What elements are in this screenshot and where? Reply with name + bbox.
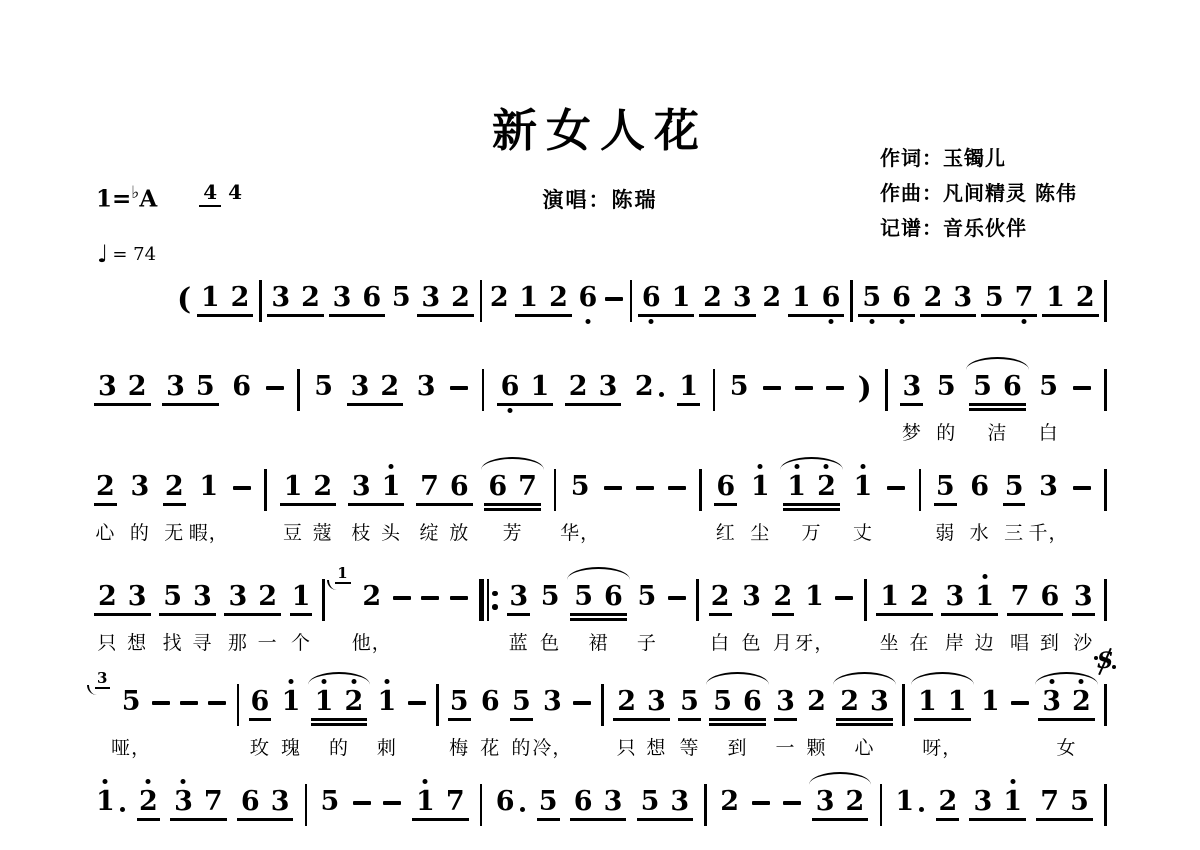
note: 3 xyxy=(350,372,371,406)
note-digit: 3 xyxy=(669,787,690,817)
barline xyxy=(297,369,300,411)
note: 6 xyxy=(641,283,662,317)
tempo-marking: ♩= 74 xyxy=(97,239,156,268)
note-digit: 1 xyxy=(791,283,812,313)
key-letter: A xyxy=(139,186,157,213)
note: 2 xyxy=(450,283,471,317)
barline xyxy=(699,469,702,511)
key-prefix: 1= xyxy=(96,186,131,213)
note: 2他， xyxy=(361,582,382,616)
barline xyxy=(264,469,267,511)
duration-dash xyxy=(604,486,622,490)
lyric: 梦 xyxy=(902,418,922,445)
lyric: 无 xyxy=(164,518,184,545)
note: 6 xyxy=(603,582,624,616)
barline xyxy=(480,280,483,322)
note: 3蓝 xyxy=(508,582,529,616)
barline xyxy=(902,684,905,726)
score-line: 35哑，6玫1瑰12的1刺5梅6花5的3冷，2只3想5等56到3一2颗23心11… xyxy=(95,687,1107,726)
lyric: 玫 xyxy=(250,733,270,760)
score-line: 2只3想5找3寻3那2一1个12他，3蓝5色56裙5子2白3色2月1牙，1坐2在… xyxy=(95,582,1107,621)
octave-dot-icon xyxy=(508,408,513,413)
note-digit: 5 xyxy=(729,372,750,402)
note: 3色 xyxy=(741,582,762,616)
note: 6 xyxy=(500,372,521,406)
note: 6红 xyxy=(715,472,736,506)
repeat-thick-bar xyxy=(479,579,485,621)
note: 3 xyxy=(1041,687,1062,721)
note-digit: 5 xyxy=(1069,787,1090,817)
augmentation-dot-icon xyxy=(520,807,525,812)
lyric: 冷， xyxy=(532,733,572,760)
beam-group: 2只3想 xyxy=(95,582,150,616)
beam-group: 37 xyxy=(171,787,226,821)
beam-group: 2只3想 xyxy=(614,687,669,721)
note: 6 xyxy=(578,283,599,317)
note-digit: 3 xyxy=(420,283,441,313)
lyric: 那 xyxy=(228,628,248,655)
barline xyxy=(482,369,485,411)
lyric: 的 xyxy=(130,518,150,545)
note-digit: 1 xyxy=(1002,787,1023,817)
barline xyxy=(919,469,922,511)
note-digit: 3 xyxy=(129,472,150,502)
note-digit: 3 xyxy=(815,787,836,817)
note-digit: 2 xyxy=(761,283,782,313)
lyric: 的 xyxy=(936,418,956,445)
repeat-thin-bar xyxy=(487,579,490,621)
note-digit: 5 xyxy=(195,372,216,402)
note: 1 xyxy=(917,687,938,721)
lyric: 华， xyxy=(560,518,600,545)
barline xyxy=(850,280,853,322)
slur-arc-icon xyxy=(966,357,1029,370)
note: 5 xyxy=(195,372,216,406)
note: 3 xyxy=(869,687,890,721)
note: 3 xyxy=(420,283,441,317)
score-line: 3235653236123215)3梦5的56洁5白 xyxy=(95,372,1107,411)
beam-group: 32 xyxy=(348,372,403,406)
note-digit: 5 xyxy=(972,372,993,402)
lyric: 水 xyxy=(970,518,990,545)
beam-group: 5找3寻 xyxy=(160,582,215,616)
note: 2 xyxy=(379,372,400,406)
note: 7 xyxy=(445,787,466,821)
beam-group: 3那2一 xyxy=(225,582,280,616)
octave-dot-icon xyxy=(322,679,327,684)
note-digit: 1 xyxy=(381,472,402,502)
note: 6 xyxy=(487,472,508,506)
beam-group: 23心 xyxy=(837,687,892,721)
duration-dash xyxy=(605,297,623,301)
beam-group: 23 xyxy=(921,283,976,317)
note-digit: 1 xyxy=(917,687,938,717)
lyric: 洁 xyxy=(987,418,1007,445)
beam-group: 12的 xyxy=(312,687,367,721)
note-digit: 2 xyxy=(909,582,930,612)
octave-dot-icon xyxy=(899,319,904,324)
lyric: 豆 xyxy=(283,518,303,545)
lyric: 三 xyxy=(1004,518,1024,545)
note: 3寻 xyxy=(192,582,213,616)
note-digit: 2 xyxy=(127,372,148,402)
octave-dot-icon xyxy=(384,679,389,684)
note: 5梅 xyxy=(449,687,470,721)
score-line: (1232365322126612321656235712 xyxy=(95,283,1107,322)
lyric: 颗 xyxy=(807,733,827,760)
note-digit: 3 xyxy=(741,582,762,612)
note-digit: 5 xyxy=(935,472,956,502)
note: 6 xyxy=(891,283,912,317)
note-digit: 3 xyxy=(227,582,248,612)
octave-dot-icon xyxy=(351,679,356,684)
note-digit: 7 xyxy=(419,472,440,502)
beam-group: 3枝1头 xyxy=(349,472,404,506)
lyric: 坐 xyxy=(880,628,900,655)
note-digit: 1 xyxy=(518,283,539,313)
note: 3沙 xyxy=(1073,582,1094,616)
octave-dot-icon xyxy=(869,319,874,324)
barline xyxy=(305,784,308,826)
note: 2 xyxy=(489,283,510,317)
lyric: 花 xyxy=(480,733,500,760)
duration-dash xyxy=(266,386,284,390)
note-digit: 2 xyxy=(95,472,116,502)
beam-group: 23 xyxy=(566,372,621,406)
barline xyxy=(1104,369,1107,411)
note-digit: 3 xyxy=(603,787,624,817)
beam-group: 36 xyxy=(330,283,385,317)
note: 2 xyxy=(343,687,364,721)
octave-dot-icon xyxy=(103,779,108,784)
note: 6 xyxy=(240,787,261,821)
note: 5弱 xyxy=(935,472,956,506)
octave-dot-icon xyxy=(288,679,293,684)
octave-dot-icon xyxy=(1010,779,1015,784)
beam-group: 53 xyxy=(638,787,693,821)
lyric: 芳 xyxy=(503,518,523,545)
octave-dot-icon xyxy=(1022,319,1027,324)
beam-group: 7唱6到 xyxy=(1008,582,1063,616)
quarter-note-icon: ♩ xyxy=(97,239,108,268)
slur-arc-icon xyxy=(833,672,896,685)
note-digit: 5 xyxy=(570,472,591,502)
lyric: 寻 xyxy=(192,628,212,655)
note: 6玫 xyxy=(250,687,271,721)
lyric: 个 xyxy=(291,628,311,655)
note-digit: 1 xyxy=(198,472,219,502)
lyric: 蓝 xyxy=(509,628,529,655)
augmentation-dot-icon xyxy=(919,807,924,812)
octave-dot-icon xyxy=(649,319,654,324)
note: 3 xyxy=(815,787,836,821)
lyric: 子 xyxy=(637,628,657,655)
note: 1个 xyxy=(291,582,312,616)
barline xyxy=(322,579,325,621)
note: 5华， xyxy=(570,472,591,506)
lyric: 沙 xyxy=(1073,628,1093,655)
beam-group: 3岸1边 xyxy=(942,582,997,616)
lyric: 尘 xyxy=(750,518,770,545)
barline xyxy=(880,784,883,826)
note: 6 xyxy=(821,283,842,317)
lyric: 哑， xyxy=(111,733,151,760)
note-digit: 5 xyxy=(640,787,661,817)
octave-dot-icon xyxy=(758,464,763,469)
note-digit: 2 xyxy=(361,582,382,612)
duration-dash xyxy=(783,801,801,805)
beam-group: 32 xyxy=(418,283,473,317)
note: 2蔻 xyxy=(312,472,333,506)
beam-group: 61 xyxy=(639,283,694,317)
note: 2一 xyxy=(257,582,278,616)
note: 5 xyxy=(1069,787,1090,821)
note: 5子 xyxy=(636,582,657,616)
beam-group: 12 xyxy=(1043,283,1098,317)
note: 2只 xyxy=(97,582,118,616)
duration-dash xyxy=(383,801,401,805)
duration-dash xyxy=(208,701,226,705)
note-digit: 3 xyxy=(270,283,291,313)
note: 2 xyxy=(816,472,837,506)
slur-arc-icon xyxy=(481,457,544,470)
note-digit: 3 xyxy=(416,372,437,402)
lyricist-credit: 作词：玉镯儿 xyxy=(880,141,1077,176)
lyric: 唱 xyxy=(1010,628,1030,655)
note: 3 xyxy=(270,787,291,821)
note: 1头 xyxy=(381,472,402,506)
lyric: 弱 xyxy=(935,518,955,545)
score-line: 2心3的2无1暇，1豆2蔻3枝1头7绽6放67芳5华，6红1尘12万1丈5弱6水… xyxy=(95,472,1107,511)
lyric: 想 xyxy=(646,733,666,760)
note-digit: 1 xyxy=(314,687,335,717)
repeat-start-barline xyxy=(479,579,498,621)
note: 1 xyxy=(671,283,692,317)
note-digit: 6 xyxy=(641,283,662,313)
barline xyxy=(713,369,716,411)
lyric: 找 xyxy=(163,628,183,655)
note: 3枝 xyxy=(351,472,372,506)
note: 6 xyxy=(1002,372,1023,406)
note: 1 xyxy=(529,372,550,406)
beam-group: 63 xyxy=(238,787,293,821)
note-digit: 1 xyxy=(529,372,550,402)
composer-credit: 作曲：凡间精灵 陈伟 xyxy=(880,176,1077,211)
note-digit: 3 xyxy=(270,787,291,817)
lyric: 裙 xyxy=(589,628,609,655)
note: 1尘 xyxy=(750,472,771,506)
barline xyxy=(436,684,439,726)
note-digit: 3 xyxy=(952,283,973,313)
note: 5哑， xyxy=(121,687,142,721)
note: 2 xyxy=(845,787,866,821)
note-digit: 2 xyxy=(616,687,637,717)
note-digit: 2 xyxy=(923,283,944,313)
note-digit: 3 xyxy=(775,687,796,717)
lyric: 头 xyxy=(381,518,401,545)
beam-group: 67芳 xyxy=(485,472,540,506)
note: 7 xyxy=(1039,787,1060,821)
lyric: 心 xyxy=(95,518,115,545)
note-digit: 2 xyxy=(257,582,278,612)
volta-mark: 3 xyxy=(95,670,110,689)
note-digit: 2 xyxy=(806,687,827,717)
note: 7 xyxy=(203,787,224,821)
note: 2 xyxy=(568,372,589,406)
note-digit: 5 xyxy=(636,582,657,612)
note: 2 xyxy=(548,283,569,317)
lyric: 只 xyxy=(617,733,637,760)
duration-dash xyxy=(393,596,411,600)
note: 3 xyxy=(165,372,186,406)
note: 3千， xyxy=(1038,472,1059,506)
lyric: 刺 xyxy=(377,733,397,760)
lyric: 瑰 xyxy=(281,733,301,760)
lyric: 到 xyxy=(727,733,747,760)
score-line: 123763517656353232123175 xyxy=(95,787,1107,826)
note-digit: 7 xyxy=(1014,283,1035,313)
note: 3 xyxy=(270,283,291,317)
lyric: 枝 xyxy=(351,518,371,545)
note: 1 xyxy=(95,787,116,821)
credits-block: 作词：玉镯儿 作曲：凡间精灵 陈伟 记谱：音乐伙伴 xyxy=(880,141,1077,246)
tempo-value: = 74 xyxy=(112,244,156,265)
barline xyxy=(1104,784,1107,826)
note-digit: 6 xyxy=(573,787,594,817)
note-digit: 1 xyxy=(95,787,116,817)
beam-group: 17 xyxy=(413,787,468,821)
note: 7 xyxy=(517,472,538,506)
duration-dash xyxy=(573,701,591,705)
note: 2 xyxy=(839,687,860,721)
duration-dash xyxy=(887,486,905,490)
note-digit: 3 xyxy=(1073,582,1094,612)
note: 2只 xyxy=(616,687,637,721)
note: 5 xyxy=(391,283,412,317)
note-digit: 3 xyxy=(351,472,372,502)
note-digit: 2 xyxy=(1071,687,1092,717)
octave-dot-icon xyxy=(794,464,799,469)
note-digit: 3 xyxy=(944,582,965,612)
note-digit: 3 xyxy=(350,372,371,402)
note-digit: 3 xyxy=(869,687,890,717)
note: 2 xyxy=(1071,687,1092,721)
barline: S xyxy=(1104,684,1107,726)
note: 5找 xyxy=(162,582,183,616)
barline xyxy=(630,280,633,322)
lyric: 红 xyxy=(716,518,736,545)
beam-group: 7绽6放 xyxy=(417,472,472,506)
note-digit: 2 xyxy=(568,372,589,402)
lyric: 放 xyxy=(449,518,469,545)
note-digit: 2 xyxy=(97,582,118,612)
time-signature: 4 4 xyxy=(199,183,242,202)
note-digit: 6 xyxy=(495,787,516,817)
duration-dash xyxy=(421,596,439,600)
note: 6 xyxy=(231,372,252,406)
note: 2 xyxy=(1075,283,1096,317)
duration-dash xyxy=(353,801,371,805)
note: 5 xyxy=(861,283,882,317)
lyric: 边 xyxy=(975,628,995,655)
note: 7 xyxy=(1014,283,1035,317)
beam-group: 32 xyxy=(95,372,150,406)
duration-dash xyxy=(668,486,686,490)
note-digit: 1 xyxy=(879,582,900,612)
note: 3梦 xyxy=(901,372,922,406)
note-digit: 2 xyxy=(450,283,471,313)
note-digit: 2 xyxy=(937,787,958,817)
note-digit: 6 xyxy=(821,283,842,313)
note-digit: 3 xyxy=(173,787,194,817)
note: 6 xyxy=(361,283,382,317)
time-numerator: 4 xyxy=(199,180,221,207)
beam-group: 56 xyxy=(859,283,914,317)
note: 6放 xyxy=(449,472,470,506)
repeat-dot xyxy=(492,604,498,610)
note-digit: 3 xyxy=(1038,472,1059,502)
note: 1豆 xyxy=(283,472,304,506)
note-digit: 6 xyxy=(231,372,252,402)
octave-dot-icon xyxy=(829,319,834,324)
note: 5等 xyxy=(679,687,700,721)
note: 1 xyxy=(678,372,699,406)
note-digit: 6 xyxy=(603,582,624,612)
barline xyxy=(237,684,240,726)
beam-group: 32 xyxy=(813,787,868,821)
note: 1 xyxy=(947,687,968,721)
note-digit: 6 xyxy=(240,787,261,817)
note-digit: 5 xyxy=(449,687,470,717)
lyric: 色 xyxy=(540,628,560,655)
duration-dash xyxy=(233,486,251,490)
note-digit: 7 xyxy=(203,787,224,817)
note: 6到 xyxy=(1039,582,1060,616)
note-digit: 7 xyxy=(445,787,466,817)
duration-dash xyxy=(835,596,853,600)
note: 6水 xyxy=(969,472,990,506)
note: 3冷， xyxy=(542,687,563,721)
note: 2 xyxy=(923,283,944,317)
octave-dot-icon xyxy=(389,464,394,469)
note: 5 xyxy=(972,372,993,406)
note-digit: 6 xyxy=(1002,372,1023,402)
note-digit: 3 xyxy=(127,582,148,612)
note: 1 xyxy=(791,283,812,317)
note-digit: 1 xyxy=(200,283,221,313)
note: 1丈 xyxy=(853,472,874,506)
note-digit: 6 xyxy=(715,472,736,502)
lyric: 的 xyxy=(511,733,531,760)
lyric: 的 xyxy=(329,733,349,760)
lyric: 只 xyxy=(97,628,117,655)
note: 3 xyxy=(603,787,624,821)
note: 1刺 xyxy=(377,687,398,721)
note-digit: 5 xyxy=(679,687,700,717)
note-digit: 1 xyxy=(853,472,874,502)
note-digit: 3 xyxy=(901,372,922,402)
lyric: 心 xyxy=(855,733,875,760)
note-digit: 7 xyxy=(1039,787,1060,817)
note: 1边 xyxy=(974,582,995,616)
repeat-dot xyxy=(492,591,498,597)
duration-dash xyxy=(668,596,686,600)
note-digit: 6 xyxy=(449,472,470,502)
note-digit: 1 xyxy=(283,472,304,502)
lyric: 白 xyxy=(710,628,730,655)
note: 3 xyxy=(173,787,194,821)
duration-dash xyxy=(826,386,844,390)
